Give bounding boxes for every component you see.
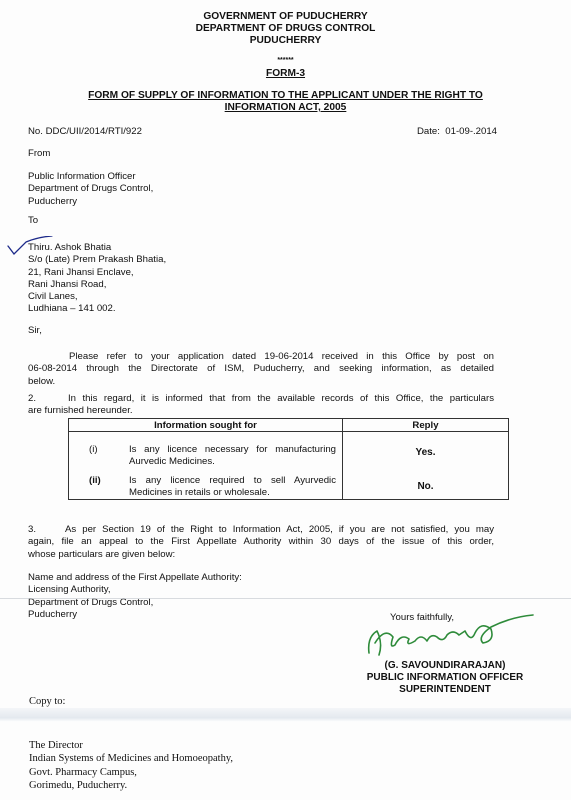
to-line: Rani Jhansi Road, (28, 279, 166, 291)
information-table: Information sought for Reply (i) Is any … (68, 418, 509, 500)
reply-cell: Yes. (343, 432, 509, 474)
from-line: Puducherry (28, 196, 153, 208)
column-header-information: Information sought for (69, 419, 343, 432)
stars-divider: ****** (0, 57, 571, 64)
table-row: (ii) Is any licence required to sell Ayu… (69, 473, 509, 500)
paragraph-3-line: again, file an appeal to the First Appel… (28, 536, 494, 548)
form-title-line1: FORM OF SUPPLY OF INFORMATION TO THE APP… (0, 90, 571, 102)
reference-number: No. DDC/UII/2014/RTI/922 (28, 126, 142, 137)
to-line: S/o (Late) Prem Prakash Bhatia, (28, 254, 166, 266)
salutation: Sir, (28, 325, 42, 336)
form-title-line2: INFORMATION ACT, 2005 (0, 102, 571, 114)
table-header-row: Information sought for Reply (69, 419, 509, 432)
reply-cell: No. (343, 473, 509, 500)
paragraph-3-line: whose particulars are given below: (28, 549, 494, 561)
to-label: To (28, 215, 38, 226)
copy-to-label: Copy to: (29, 695, 65, 708)
table-row: (i) Is any licence necessary for manufac… (69, 432, 509, 474)
question-cell: (i) Is any licence necessary for manufac… (69, 432, 343, 474)
paragraph-3-number: 3. (28, 524, 65, 536)
to-address: Thiru. Ashok Bhatia S/o (Late) Prem Prak… (28, 242, 166, 316)
question-number: (ii) (69, 475, 129, 498)
from-label: From (28, 148, 50, 159)
paragraph-2: 2. In this regard, it is informed that f… (28, 393, 494, 418)
form-number: FORM-3 (0, 68, 571, 80)
question-text: Is any licence necessary for manufacturi… (129, 444, 336, 467)
crease-line (0, 598, 571, 599)
copy-to-address: The Director Indian Systems of Medicines… (29, 739, 233, 792)
letter-page: GOVERNMENT OF PUDUCHERRY DEPARTMENT OF D… (0, 0, 571, 800)
date-label: Date: (417, 126, 440, 137)
signatory-name: (G. SAVOUNDIRARAJAN) (280, 660, 571, 672)
city-heading: PUDUCHERRY (0, 35, 571, 47)
paragraph-2-line: are furnished hereunder. (28, 405, 494, 417)
to-line: Thiru. Ashok Bhatia (28, 242, 166, 254)
appellate-line: Puducherry (28, 609, 242, 621)
paragraph-1-line: 06-08-2014 through the Directorate of IS… (28, 363, 494, 375)
paragraph-2-first: 2. In this regard, it is informed that f… (28, 393, 494, 405)
appellate-authority: Name and address of the First Appellate … (28, 572, 242, 621)
copy-line: Indian Systems of Medicines and Homoeopa… (29, 752, 233, 765)
government-heading: GOVERNMENT OF PUDUCHERRY (0, 11, 571, 23)
department-heading: DEPARTMENT OF DRUGS CONTROL (0, 23, 571, 35)
to-line: Civil Lanes, (28, 291, 166, 303)
paragraph-3-first: 3. As per Section 19 of the Right to Inf… (28, 524, 494, 536)
paragraph-2-line: In this regard, it is informed that from… (68, 393, 494, 405)
appellate-line: Licensing Authority, (28, 584, 242, 596)
signatory-block: (G. SAVOUNDIRARAJAN) PUBLIC INFORMATION … (280, 660, 571, 696)
page-fold (0, 708, 571, 722)
paragraph-3: 3. As per Section 19 of the Right to Inf… (28, 524, 494, 561)
signatory-title: SUPERINTENDENT (280, 684, 571, 696)
to-line: 21, Rani Jhansi Enclave, (28, 267, 166, 279)
question-cell: (ii) Is any licence required to sell Ayu… (69, 473, 343, 500)
appellate-label: Name and address of the First Appellate … (28, 572, 242, 584)
paragraph-1-line: Please refer to your application dated 1… (28, 351, 494, 363)
question-text: Is any licence required to sell Ayurvedi… (129, 475, 336, 498)
question-number: (i) (69, 444, 129, 467)
date-value: 01-09-.2014 (445, 126, 497, 137)
paragraph-1-line: below. (28, 376, 494, 388)
paragraph-1: Please refer to your application dated 1… (28, 351, 494, 388)
signatory-designation: PUBLIC INFORMATION OFFICER (280, 672, 571, 684)
copy-line: Gorimedu, Puducherry. (29, 779, 233, 792)
from-address: Public Information Officer Department of… (28, 171, 153, 208)
column-header-reply: Reply (343, 419, 509, 432)
from-line: Public Information Officer (28, 171, 153, 183)
from-line: Department of Drugs Control, (28, 183, 153, 195)
paragraph-2-number: 2. (28, 393, 68, 405)
copy-line: The Director (29, 739, 233, 752)
paragraph-3-line: As per Section 19 of the Right to Inform… (65, 524, 494, 536)
date-field: Date: 01-09-.2014 (417, 126, 497, 137)
copy-line: Govt. Pharmacy Campus, (29, 766, 233, 779)
signature-mark (365, 613, 535, 658)
to-line: Ludhiana – 141 002. (28, 303, 166, 315)
